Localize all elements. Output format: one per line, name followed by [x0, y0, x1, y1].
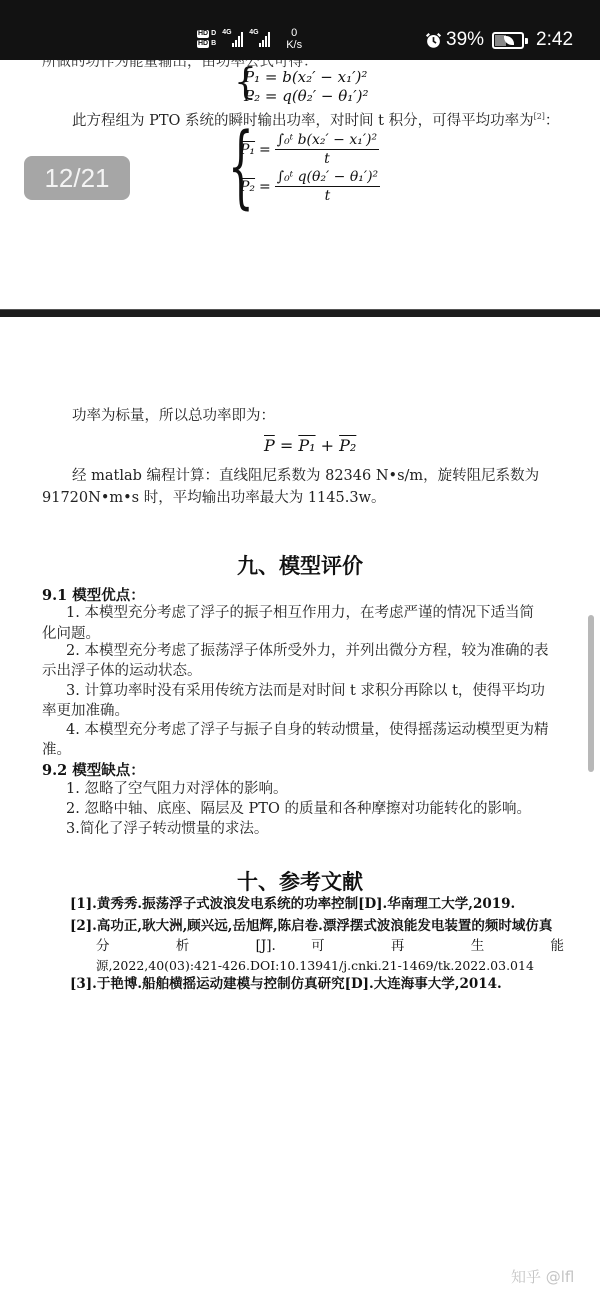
signal-strength-icon: 4G — [222, 31, 243, 47]
subheading-advantages: 9.1 模型优点： — [42, 584, 145, 605]
result-line-1: 经 matlab 编程计算：直线阻尼系数为 82346 N•s/m，旋转阻尼系数… — [72, 466, 539, 486]
reference-item-continued: 源,2022,40(03):421-426.DOI:10.13941/j.cnk… — [96, 956, 534, 976]
network-indicators: HDD HDB 4G 4G 0 K/s — [197, 27, 302, 51]
list-item: 3.简化了浮子转动惯量的求法。 — [66, 819, 268, 839]
page-separator — [0, 309, 600, 317]
alarm-icon — [425, 32, 442, 49]
status-bar: HDD HDB 4G 4G 0 K/s 39% 2:42 — [0, 0, 600, 60]
equation-p2: P₂ = q(θ₂′ − θ₁′)² — [240, 87, 369, 106]
equation-avg-p2: P₂= ∫₀ᵗ q(θ₂′ − θ₁′)²t — [232, 169, 380, 204]
section-title-model-evaluation: 九、模型评价 — [0, 550, 600, 580]
result-line-2: 91720N•m•s 时，平均输出功率最大为 1145.3w。 — [42, 488, 385, 508]
total-power-equation: P = P₁ + P₂ — [264, 436, 356, 455]
paragraph-pto: 此方程组为 PTO 系统的瞬时输出功率，对时间 t 积分，可得平均功率为[2]： — [72, 107, 559, 131]
signal-strength-icon: 4G — [249, 31, 270, 47]
subheading-disadvantages: 9.2 模型缺点： — [42, 759, 145, 780]
hd-voice-indicators: HDD HDB — [197, 30, 216, 48]
scrollbar[interactable] — [588, 615, 594, 772]
equation-avg-p1: P₁= ∫₀ᵗ b(x₂′ − x₁′)²t — [232, 132, 380, 167]
instant-power-equations: { P₁ = b(x₂′ − x₁′)² P₂ = q(θ₂′ − θ₁′)² — [240, 68, 369, 106]
battery-percent: 39% — [446, 29, 484, 51]
list-item-continued: 示出浮子体的运动状态。 — [42, 661, 202, 681]
reference-item: [2].高功正,耿大洲,顾兴远,岳旭辉,陈启卷.漂浮摆式波浪能发电装置的频时域仿… — [70, 916, 552, 936]
reference-item-continued: 分 析 [J]. 可 再 生 能 — [96, 936, 564, 956]
battery-saver-icon — [492, 32, 524, 49]
list-item: 3. 计算功率时没有采用传统方法而是对时间 t 求积分再除以 t，使得平均功 — [66, 681, 545, 701]
list-item: 1. 本模型充分考虑了浮子的振子相互作用力，在考虑严谨的情况下适当简 — [66, 603, 534, 623]
paragraph-scalar: 功率为标量，所以总功率即为： — [72, 406, 275, 426]
equation-p1: P₁ = b(x₂′ − x₁′)² — [240, 68, 369, 87]
list-item-continued: 准。 — [42, 740, 71, 760]
list-item: 2. 忽略中轴、底座、隔层及 PTO 的质量和各种摩擦对功能转化的影响。 — [66, 799, 531, 819]
list-item-continued: 率更加准确。 — [42, 701, 129, 721]
hd-icon: HDD — [197, 30, 216, 38]
clock: 2:42 — [536, 29, 573, 51]
section-title-references: 十、参考文献 — [0, 866, 600, 896]
zhihu-watermark: 知乎 @lfl — [511, 1266, 574, 1287]
list-item: 4. 本模型充分考虑了浮子与振子自身的转动惯量，使得摇荡运动模型更为精 — [66, 720, 548, 740]
reference-item: [1].黄秀秀.振荡浮子式波浪发电系统的功率控制[D].华南理工大学,2019. — [70, 894, 515, 914]
reference-item: [3].于艳博.船舶横摇运动建模与控制仿真研究[D].大连海事大学,2014. — [70, 974, 502, 994]
list-item: 2. 本模型充分考虑了振荡浮子体所受外力，并列出微分方程，较为准确的表 — [66, 641, 548, 661]
list-item: 1. 忽略了空气阻力对浮体的影响。 — [66, 779, 287, 799]
network-speed: 0 K/s — [286, 27, 302, 51]
citation: [2] — [534, 112, 545, 121]
page-indicator-badge: 12/21 — [24, 156, 130, 200]
hd-icon: HDB — [197, 40, 216, 48]
system-indicators: 39% 2:42 — [425, 29, 573, 51]
average-power-equations: { P₁= ∫₀ᵗ b(x₂′ − x₁′)²t P₂= ∫₀ᵗ q(θ₂′ −… — [232, 132, 380, 204]
